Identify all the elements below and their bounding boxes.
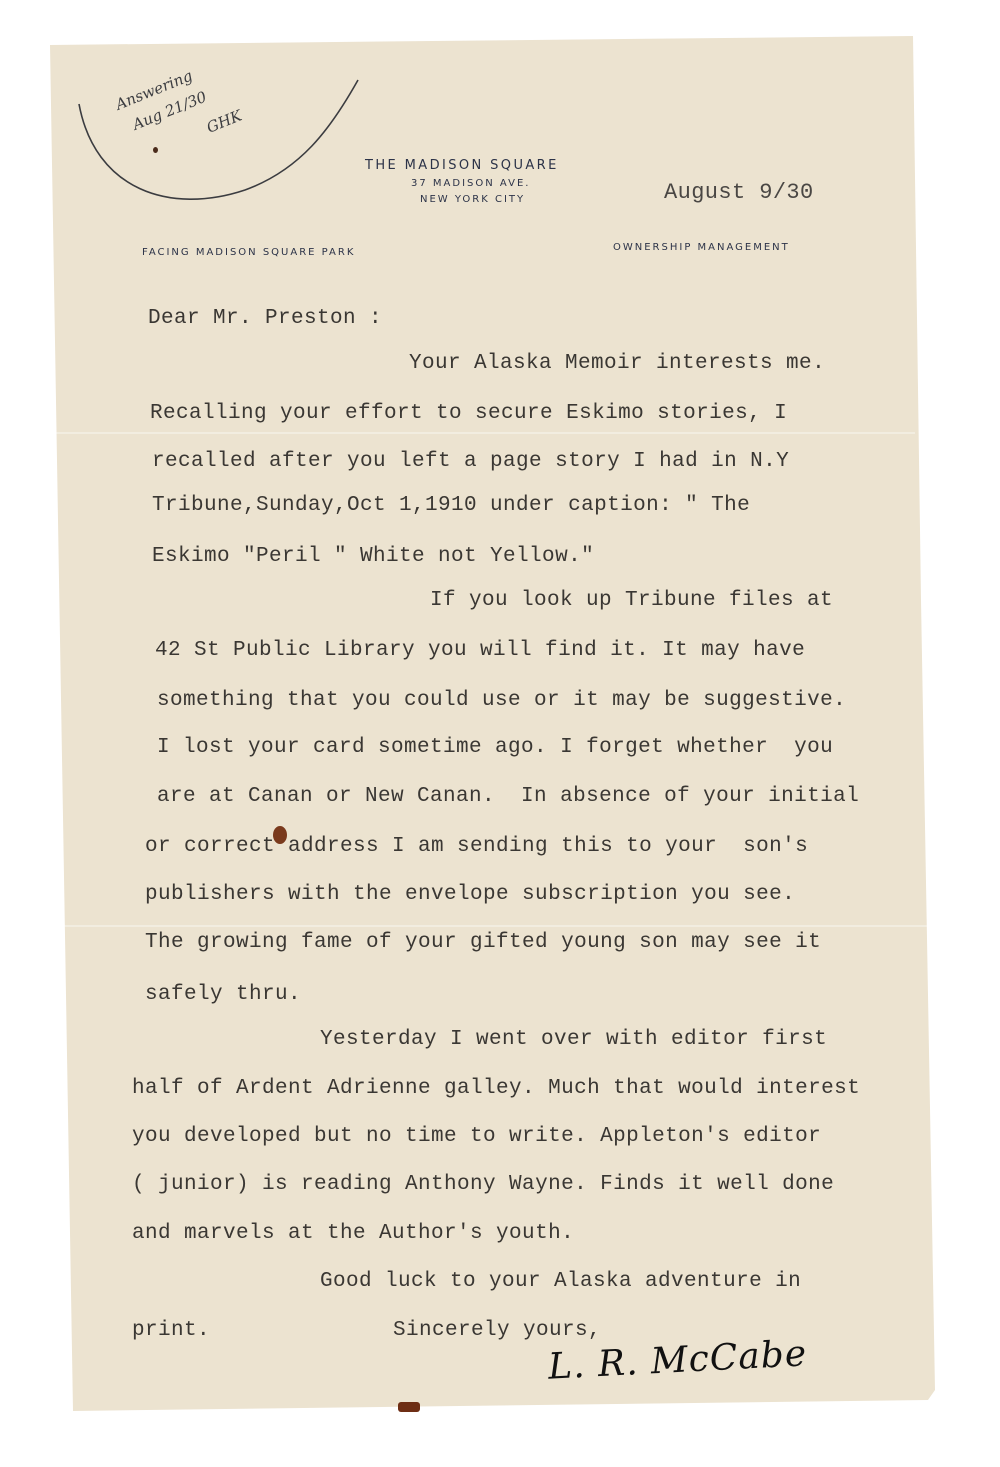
letterhead-left-tagline: FACING MADISON SQUARE PARK (142, 247, 355, 258)
body-line: Good luck to your Alaska adventure in (320, 1270, 801, 1293)
body-line: you developed but no time to write. Appl… (132, 1125, 821, 1148)
body-line: The growing fame of your gifted young so… (145, 931, 821, 954)
body-line: I lost your card sometime ago. I forget … (157, 736, 833, 759)
letterhead-right-tagline: OWNERSHIP MANAGEMENT (613, 242, 790, 253)
letterhead-name: THE MADISON SQUARE (365, 158, 559, 173)
salutation: Dear Mr. Preston : (148, 307, 382, 330)
body-line: are at Canan or New Canan. In absence of… (157, 785, 859, 808)
body-line: Tribune,Sunday,Oct 1,1910 under caption:… (152, 494, 750, 517)
closing: Sincerely yours, (393, 1319, 601, 1342)
body-line: and marvels at the Author's youth. (132, 1222, 574, 1245)
body-line: Eskimo "Peril " White not Yellow." (152, 545, 594, 568)
body-line: something that you could use or it may b… (157, 689, 846, 712)
body-line: ( junior) is reading Anthony Wayne. Find… (132, 1173, 834, 1196)
body-line: half of Ardent Adrienne galley. Much tha… (132, 1077, 860, 1100)
letterhead-city: NEW YORK CITY (420, 194, 525, 205)
letter-date: August 9/30 (664, 180, 814, 205)
pencil-bracket-icon (0, 0, 1000, 1467)
body-line: print. (132, 1319, 210, 1342)
body-line: safely thru. (145, 983, 301, 1006)
body-line: Recalling your effort to secure Eskimo s… (150, 402, 787, 425)
body-line: 42 St Public Library you will find it. I… (155, 639, 805, 662)
body-line: recalled after you left a page story I h… (152, 450, 789, 473)
body-line: Yesterday I went over with editor first (320, 1028, 827, 1051)
letterhead-address: 37 MADISON AVE. (411, 178, 530, 189)
body-line: or correct address I am sending this to … (145, 835, 808, 858)
body-line: publishers with the envelope subscriptio… (145, 883, 795, 906)
body-line: Your Alaska Memoir interests me. (409, 352, 825, 375)
body-line: If you look up Tribune files at (430, 589, 833, 612)
